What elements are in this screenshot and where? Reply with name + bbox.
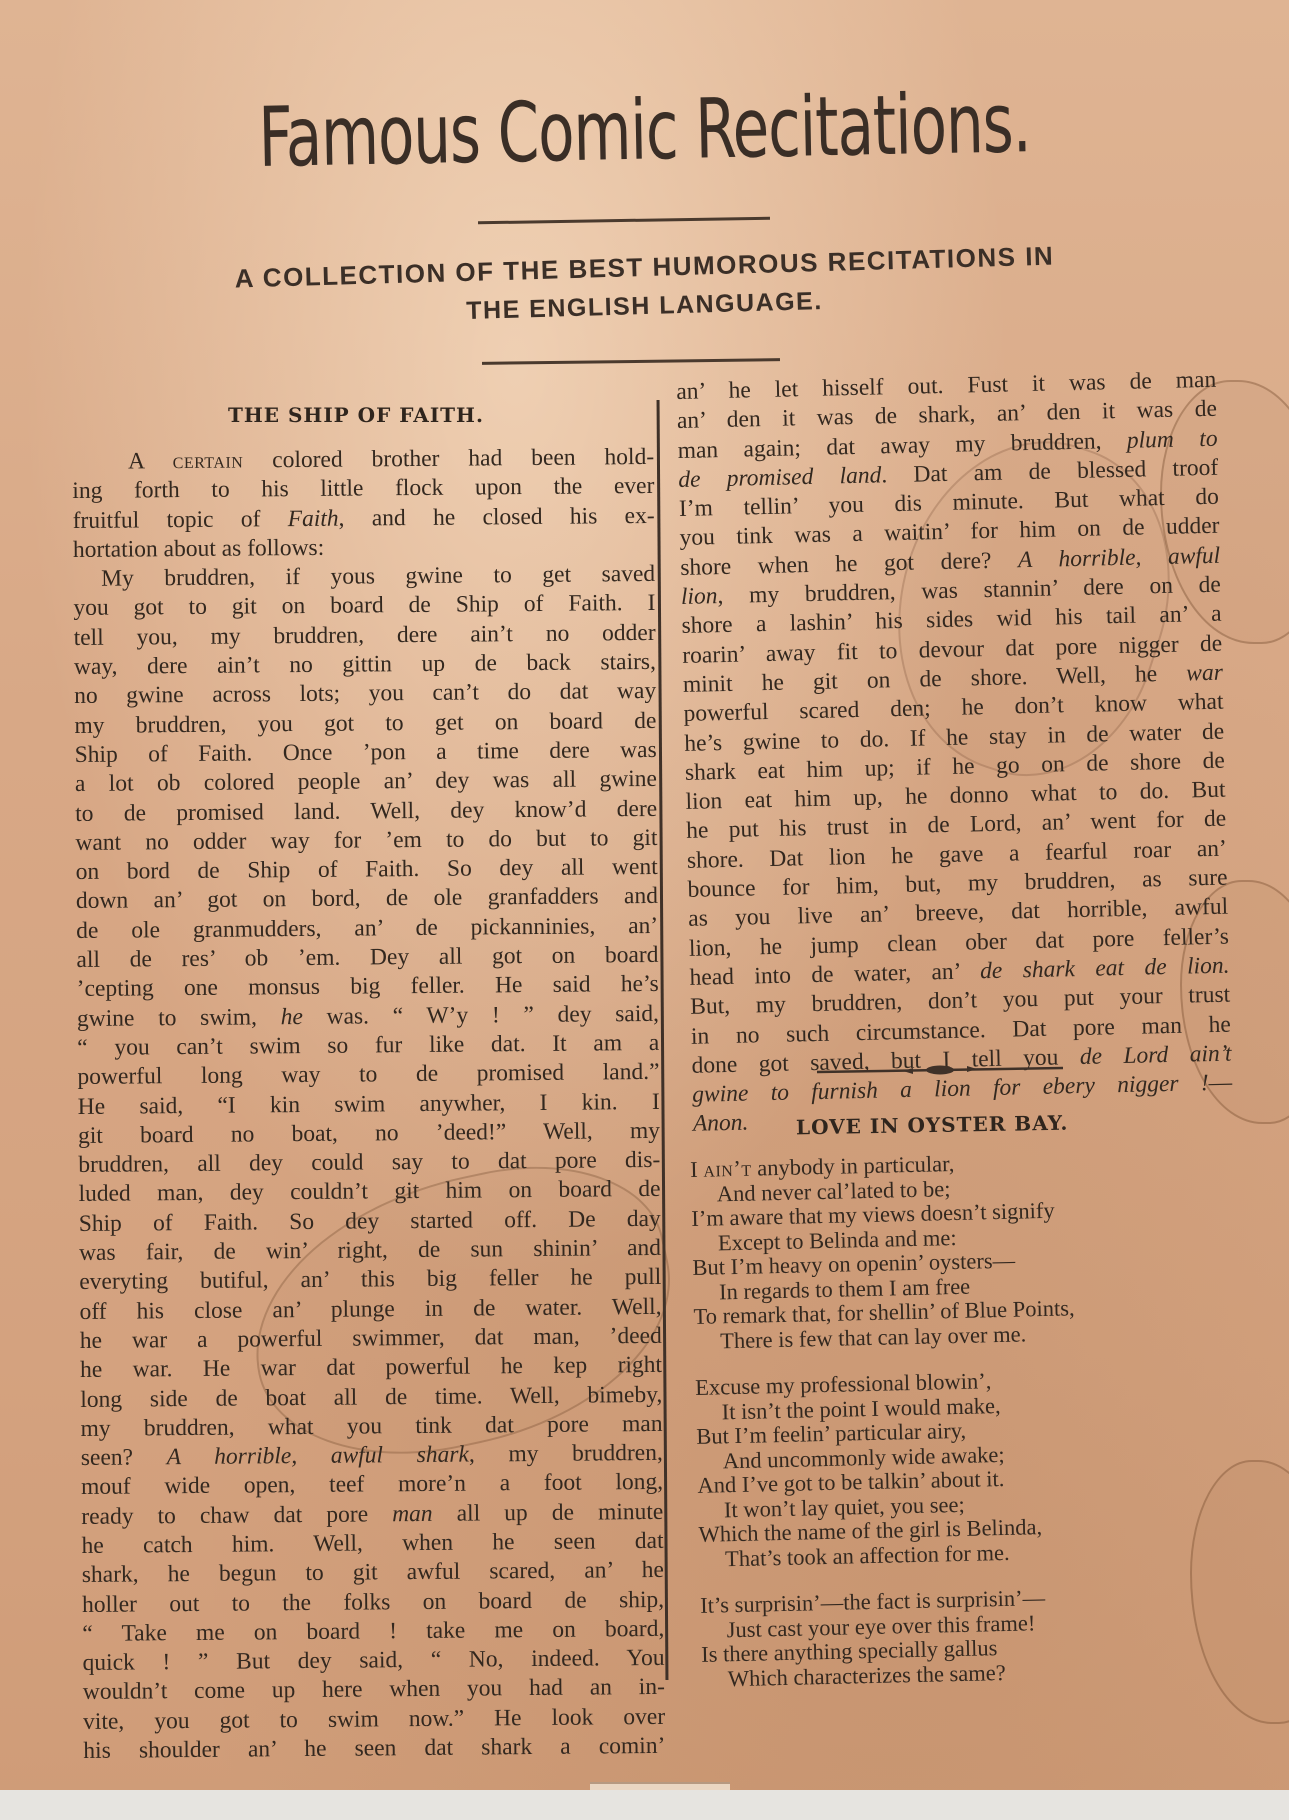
article-heading-love-in-oyster-bay: LOVE IN OYSTER BAY.	[796, 1111, 1069, 1140]
text-line: his shoulder an’ he seen dat shark a com…	[83, 1732, 665, 1766]
poem-text: I ain’t anybody in particular, And never…	[690, 1149, 1083, 1692]
left-column-text: A certain colored brother had been hold-…	[72, 443, 665, 1766]
text-line: down an’ got on bord, de ole granfadders…	[76, 882, 658, 916]
text-line: fruitful topic of Faith, and he closed h…	[73, 502, 655, 536]
ornamental-divider	[815, 1063, 1065, 1077]
text-line: mouf wide open, teef more’n a foot long,	[81, 1468, 663, 1502]
title-rule	[478, 217, 770, 225]
water-stain	[1190, 1460, 1289, 1724]
text-line: he war. He war dat powerful he kep right	[80, 1351, 662, 1385]
scan-background	[0, 1790, 1289, 1820]
text-line: ing forth to his little flock upon the e…	[72, 472, 654, 506]
text-line: luded man, dey couldn’t git him on board…	[78, 1175, 660, 1209]
text-line: no gwine across lots; you can’t do dat w…	[74, 677, 656, 711]
article-heading-ship-of-faith: THE SHIP OF FAITH.	[228, 403, 484, 427]
text-line: ’cepting one monsus big feller. He said …	[77, 970, 659, 1004]
text-line: powerful long way to de promised land.”	[77, 1058, 659, 1092]
scanned-page: Famous Comic Recitations. A COLLECTION O…	[0, 0, 1289, 1808]
right-column-text: an’ he let hisself out. Fust it was de m…	[676, 366, 1233, 1140]
text-line: shark, he begun to git awful scared, an’…	[82, 1556, 664, 1590]
text-line: a lot ob colored people an’ dey was all …	[75, 765, 657, 799]
page-title: Famous Comic Recitations.	[0, 70, 1289, 191]
text-line: long side de boat all de time. Well, bim…	[80, 1380, 662, 1414]
text-line: you got to git on board de Ship of Faith…	[73, 589, 655, 623]
subtitle-rule	[482, 358, 780, 365]
text-line: wouldn’t come up here when you had an in…	[83, 1673, 665, 1707]
text-line: everyting butiful, an’ this big feller h…	[79, 1263, 661, 1297]
